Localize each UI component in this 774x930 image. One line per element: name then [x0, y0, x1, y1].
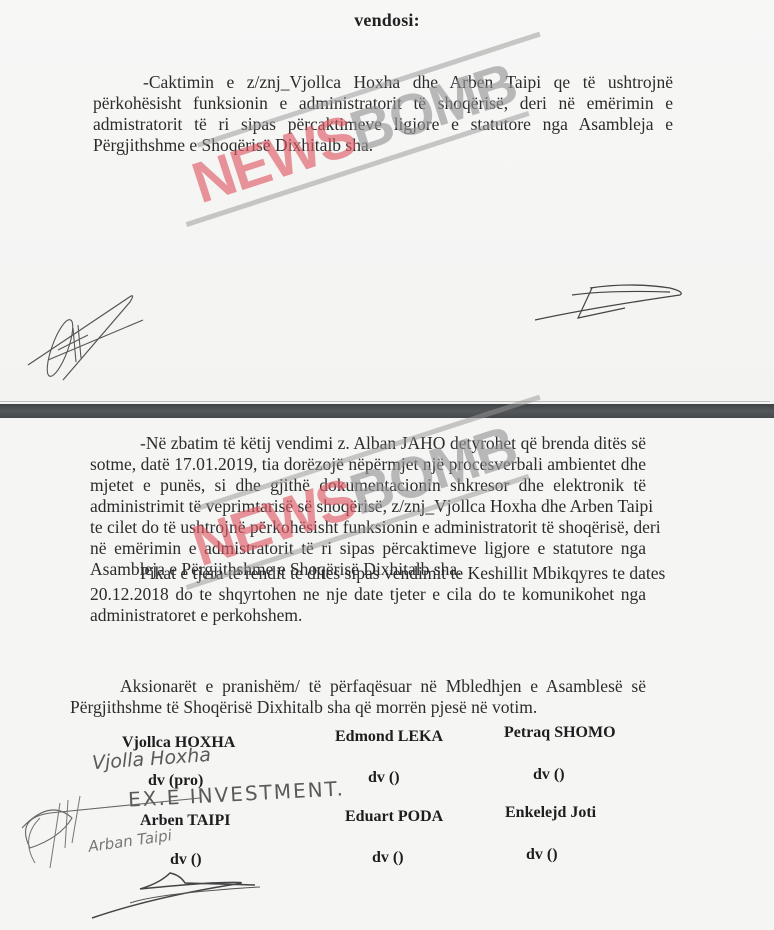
paragraph-line: te cilet do të ushtrojnë përkohësisht fu…: [90, 517, 646, 538]
signatory-name: Eduart PODA: [345, 808, 443, 826]
decision-paragraph: -Caktimin e z/znj_Vjollca Hoxha dhe Arbe…: [93, 72, 673, 156]
signatory-vote: dv (): [372, 849, 404, 867]
paragraph-line: Pikat e tjera te rendit te dites sipas v…: [140, 563, 665, 583]
paragraph-line: -Caktimin e z/znj_Vjollca Hoxha dhe Arbe…: [143, 72, 673, 92]
signatory-name: Petraq SHOMO: [504, 724, 616, 742]
paragraph-line: në emërimin e admistratorit të ri sipas …: [90, 538, 646, 559]
paragraph-line: sotme, datë 17.01.2019, tia dorëzojë nëp…: [90, 454, 646, 475]
paragraph-line: admistratorit të ri sipas përcaktimeve l…: [93, 114, 673, 135]
paragraph-line: Aksionarët e pranishëm/ të përfaqësuar n…: [120, 676, 646, 696]
document-page-2: -Në zbatim të këtij vendimi z. Alban JAH…: [0, 418, 774, 930]
signatory-vote: dv (): [533, 766, 565, 784]
page-edge: [0, 401, 770, 402]
paragraph-line: -Në zbatim të këtij vendimi z. Alban JAH…: [140, 433, 646, 453]
paragraph-line: mjetet e punës, si dhe gjithë dokumentac…: [90, 475, 646, 496]
paragraph-line: përkohësisht funksionin e administratori…: [93, 93, 673, 114]
signatory-vote: dv (): [526, 846, 558, 864]
signature-vjollca: [10, 758, 210, 878]
document-page-1: vendosi: -Caktimin e z/znj_Vjollca Hoxha…: [0, 0, 774, 403]
decision-heading: vendosi:: [0, 10, 774, 31]
page-separator: [0, 404, 774, 418]
signatory-name: Vjollca HOXHA: [122, 734, 235, 752]
signatory-name: Enkelejd Joti: [505, 804, 596, 822]
signature-arben: [90, 873, 270, 923]
obligation-paragraph: -Në zbatim të këtij vendimi z. Alban JAH…: [90, 433, 646, 580]
paragraph-line: 20.12.2018 do te shqyrtohen ne nje date …: [90, 584, 646, 605]
paragraph-line: Përgjithshme e Shoqërisë Dixhitalb sha.: [93, 135, 673, 156]
signatory-vote: dv (): [368, 769, 400, 787]
paragraph-line: administrimit të veprimtarisë së shoqëri…: [90, 496, 646, 517]
signature-right: [530, 280, 690, 330]
shareholders-paragraph: Aksionarët e pranishëm/ të përfaqësuar n…: [70, 676, 646, 718]
signature-left: [18, 280, 168, 380]
paragraph-line: administratoret e perkohshem.: [90, 605, 646, 626]
paragraph-line: Përgjithshme të Shoqërisë Dixhitalb sha …: [70, 697, 646, 718]
signatory-name: Edmond LEKA: [335, 728, 443, 746]
agenda-paragraph: Pikat e tjera te rendit te dites sipas v…: [90, 563, 646, 626]
